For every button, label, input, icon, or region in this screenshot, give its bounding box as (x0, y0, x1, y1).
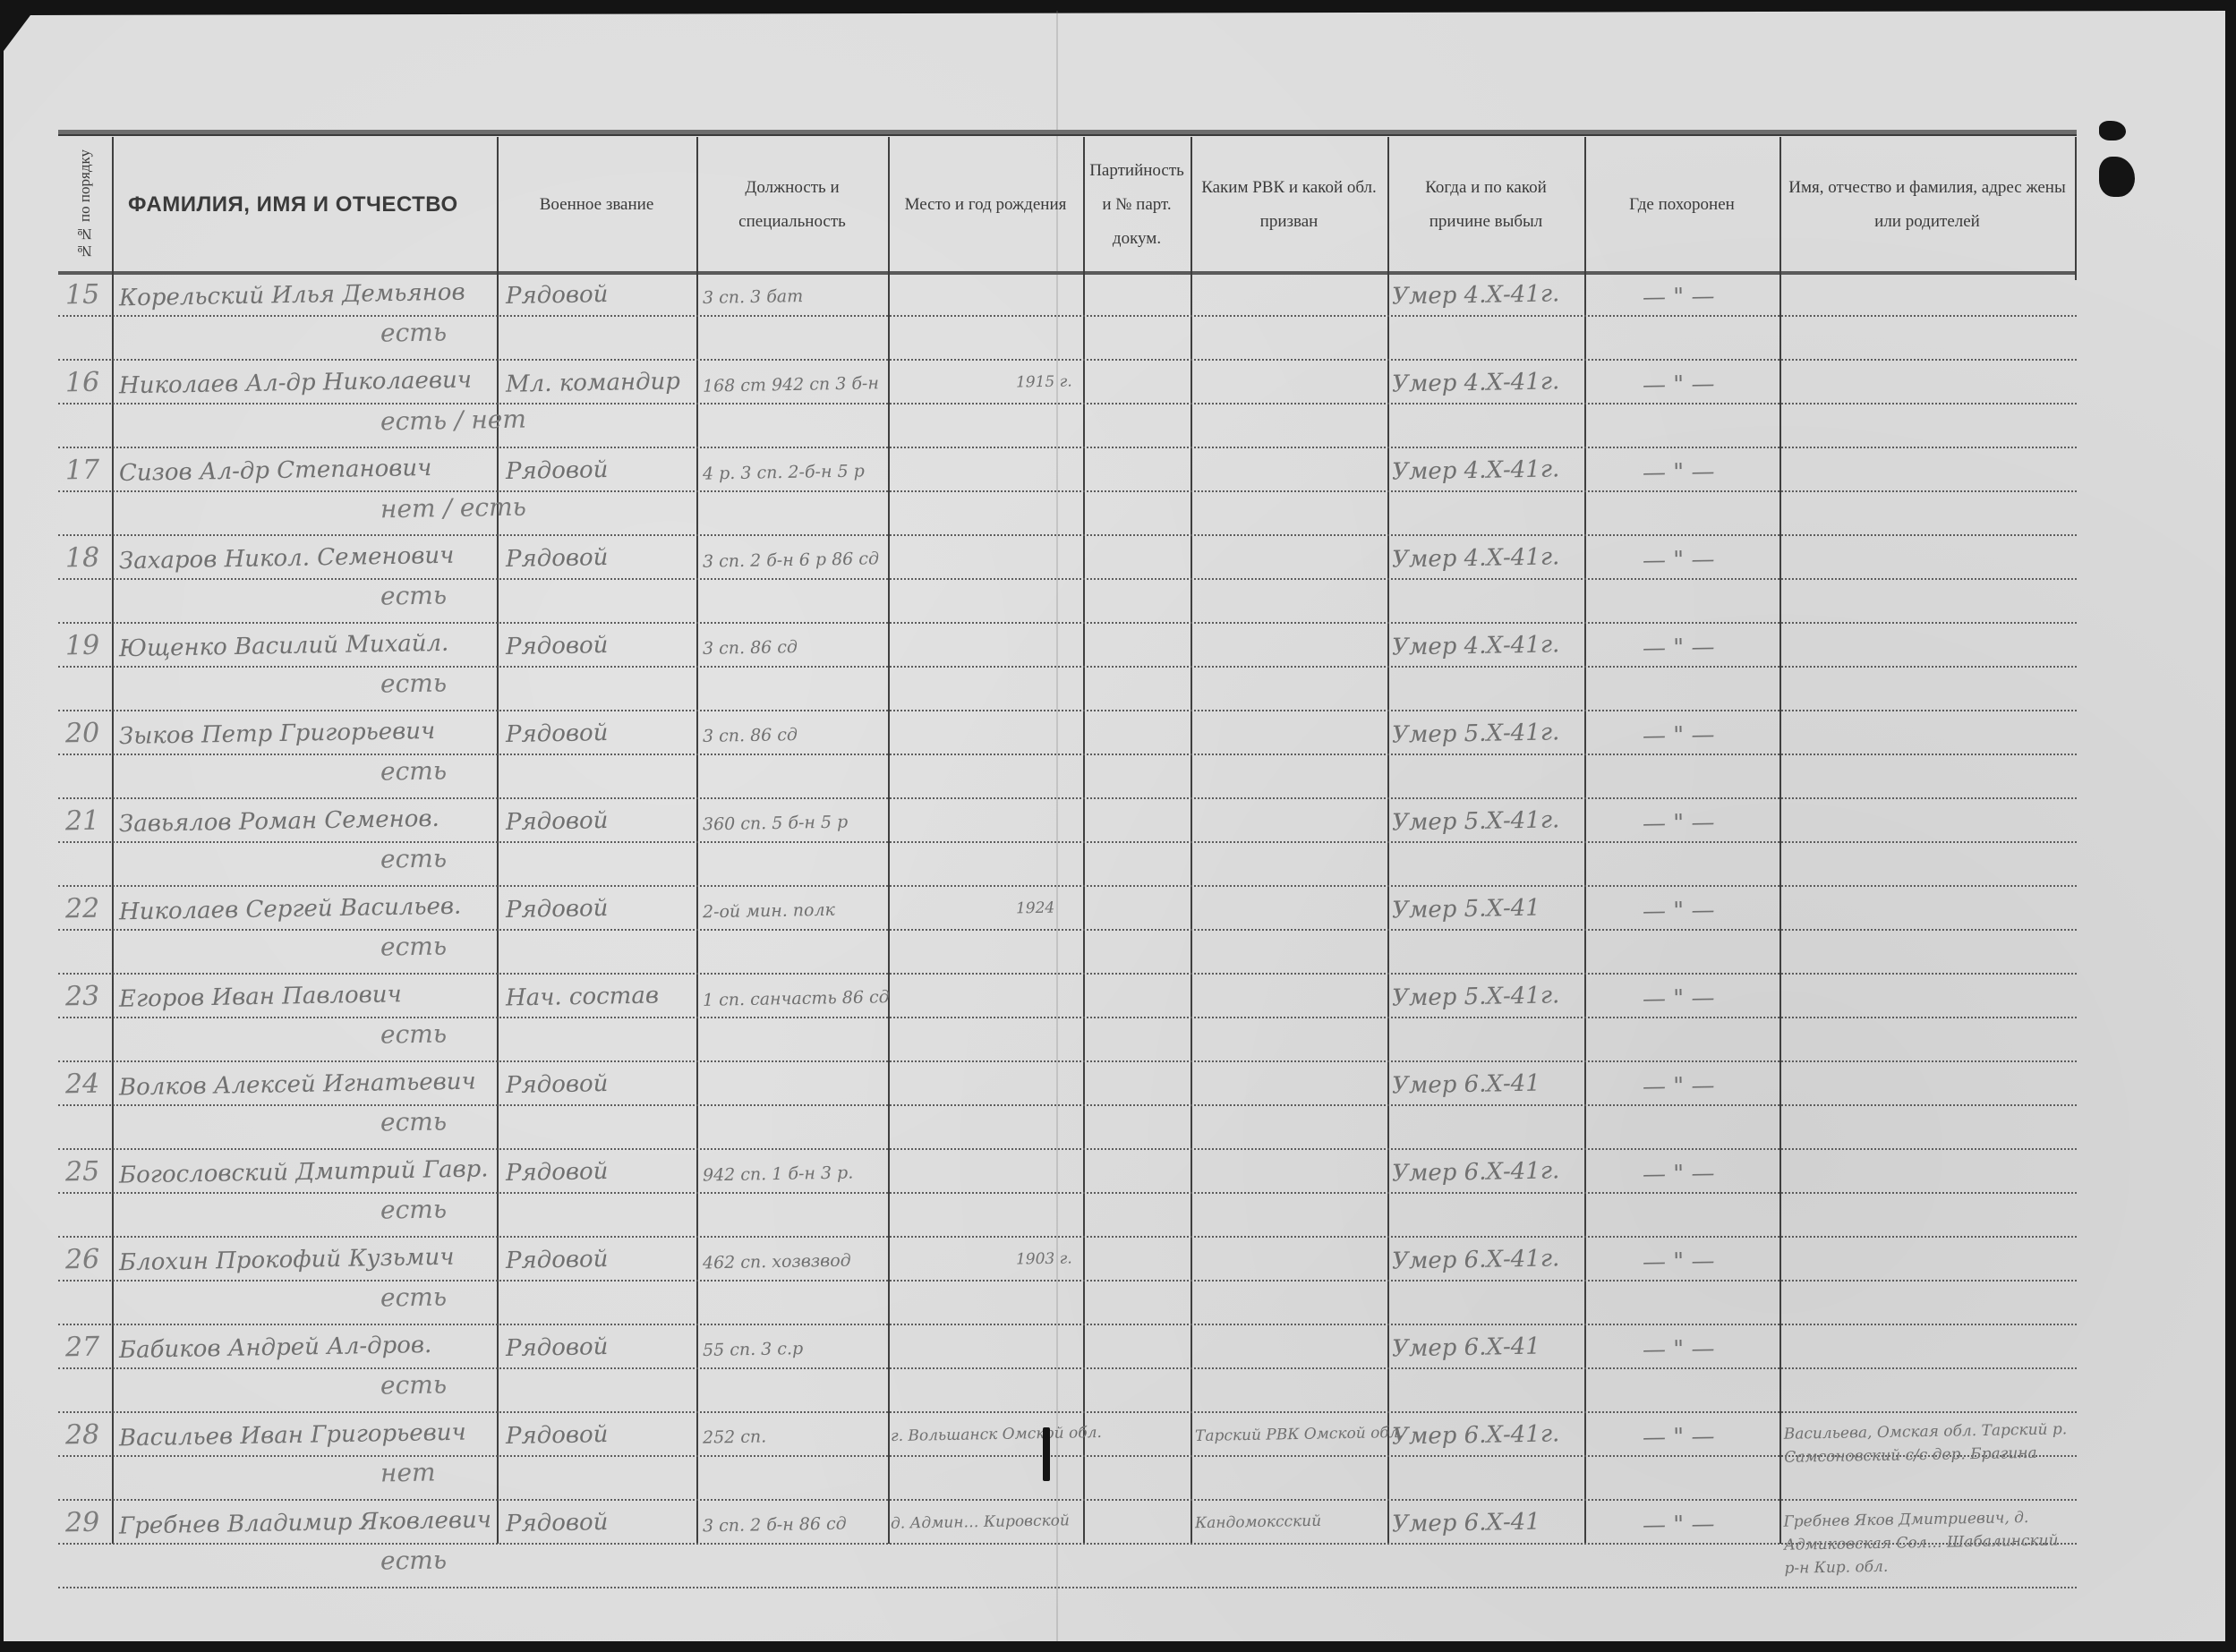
row-when: Умер 5.Х-41г. (1392, 982, 1560, 1011)
ruled-line (58, 1148, 2077, 1150)
row-when: Умер 4.Х-41г. (1392, 368, 1560, 397)
row-buried: — " — (1643, 1335, 1715, 1363)
row-name: Захаров Никол. Семенович (119, 542, 455, 575)
row-number: 15 (65, 279, 100, 311)
row-when: Умер 4.Х-41г. (1392, 456, 1560, 485)
row-number: 16 (65, 367, 100, 399)
ruled-line (58, 1587, 2077, 1588)
header-buried: Где похоронен (1584, 139, 1779, 271)
ruled-line (58, 534, 2077, 536)
ruled-line (58, 622, 2077, 624)
row-name: Корельский Илья Демьянов (119, 279, 465, 312)
row-position: 168 ст 942 сп 3 б-н (703, 373, 879, 396)
header-party: Партийность и № парт. докум. (1083, 139, 1191, 271)
row-name: Зыков Петр Григорьевич (119, 718, 436, 750)
row-name: Богословский Дмитрий Гавр. (119, 1155, 489, 1188)
row-mark: нет (380, 1457, 436, 1487)
row-when: Умер 4.Х-41г. (1392, 280, 1560, 310)
ruled-line (58, 1367, 2077, 1369)
ruled-line (58, 1324, 2077, 1325)
row-rank: Рядовой (506, 1509, 609, 1537)
row-rank: Рядовой (506, 720, 609, 748)
casualty-table: №№ по порядку ФАМИЛИЯ, ИМЯ И ОТЧЕСТВО Во… (58, 130, 2077, 1544)
header-position: Должность и специальность (696, 139, 888, 271)
row-mark: есть (380, 1106, 448, 1137)
row-number: 24 (65, 1069, 100, 1101)
row-position: 3 сп. 2 б-н 6 р 86 сд (703, 549, 879, 571)
row-when: Умер 4.Х-41г. (1392, 543, 1560, 573)
ruled-line (58, 1104, 2077, 1106)
row-mark: есть (380, 755, 448, 786)
header-number: №№ по порядку (58, 139, 112, 271)
row-when: Умер 6.Х-41 (1392, 1509, 1540, 1538)
paper-tear (2099, 121, 2126, 141)
row-when: Умер 6.Х-41г. (1392, 1245, 1560, 1274)
ruled-line (58, 754, 2077, 755)
row-rank: Рядовой (506, 456, 609, 485)
header-rank: Военное звание (497, 139, 696, 271)
row-rvk: Кандомоксский (1195, 1512, 1321, 1532)
ruled-line (58, 973, 2077, 975)
row-name: Сизов Ал-др Степанович (119, 455, 432, 487)
col-divider (1584, 137, 1586, 1544)
row-mark: есть (380, 580, 448, 610)
row-rank: Рядовой (506, 632, 609, 660)
row-rank: Рядовой (506, 1333, 609, 1362)
ruled-line (58, 841, 2077, 843)
ruled-line (58, 710, 2077, 711)
ruled-line (58, 1280, 2077, 1282)
row-rank: Рядовой (506, 1070, 609, 1099)
header-bottom-rule (58, 271, 2077, 275)
row-mark: есть (380, 1545, 448, 1575)
row-number: 28 (65, 1419, 100, 1452)
row-position: 3 сп. 86 сд (703, 725, 798, 746)
row-mark: есть (380, 1369, 448, 1400)
row-rank: Рядовой (506, 1158, 609, 1187)
ruled-line (58, 1411, 2077, 1413)
row-mark: есть (380, 668, 448, 698)
row-when: Умер 5.Х-41г. (1392, 719, 1560, 748)
row-position: 252 сп. (703, 1426, 767, 1447)
ruled-line (58, 447, 2077, 448)
ruled-line (58, 666, 2077, 668)
row-name: Волков Алексей Игнатьевич (119, 1069, 476, 1102)
row-rank: Рядовой (506, 807, 609, 836)
row-buried: — " — (1643, 370, 1715, 398)
row-buried: — " — (1643, 721, 1715, 749)
row-name: Николаев Сергей Васильев. (119, 893, 462, 926)
ruled-line (58, 490, 2077, 492)
row-mark: есть (380, 1282, 448, 1312)
row-rank: Рядовой (506, 281, 609, 310)
row-number: 21 (65, 805, 100, 838)
row-mark: есть (380, 1194, 448, 1224)
row-mark: есть (380, 1018, 448, 1049)
row-name: Бабиков Андрей Ал-дров. (119, 1332, 432, 1364)
row-number: 27 (65, 1332, 100, 1364)
row-number: 26 (65, 1244, 100, 1276)
row-buried: — " — (1643, 546, 1715, 574)
ruled-line (58, 1060, 2077, 1062)
ruled-line (58, 1499, 2077, 1501)
row-rvk: Тарский РВК Омской обл. (1195, 1424, 1404, 1445)
row-buried: — " — (1643, 458, 1715, 486)
ruled-line (58, 1543, 2077, 1545)
row-when: Умер 4.Х-41г. (1392, 631, 1560, 660)
ruled-line (58, 578, 2077, 580)
row-number: 19 (65, 630, 100, 662)
row-mark: нет / есть (380, 492, 526, 524)
ruled-line (58, 885, 2077, 887)
ruled-line (58, 403, 2077, 404)
row-when: Умер 5.Х-41 (1392, 895, 1540, 924)
row-rank: Рядовой (506, 895, 609, 924)
row-birth: 1903 г. (1016, 1249, 1072, 1268)
row-birth: г. Вольшанск Омской обл. (891, 1424, 1102, 1445)
header-relatives: Имя, отчество и фамилия, адрес жены или … (1779, 139, 2075, 271)
row-buried: — " — (1643, 984, 1715, 1012)
row-buried: — " — (1643, 634, 1715, 661)
row-buried: — " — (1643, 1423, 1715, 1451)
row-number: 17 (65, 455, 100, 487)
row-rank: Нач. состав (506, 983, 659, 1012)
ruled-line (58, 929, 2077, 931)
row-rank: Рядовой (506, 1246, 609, 1274)
row-buried: — " — (1643, 1160, 1715, 1188)
row-name: Николаев Ал-др Николаевич (119, 367, 472, 400)
ruled-line (58, 359, 2077, 361)
row-position: 360 сп. 5 б-н 5 р (703, 813, 849, 835)
row-buried: — " — (1643, 897, 1715, 924)
row-when: Умер 5.Х-41г. (1392, 806, 1560, 836)
row-mark: есть (380, 317, 448, 347)
row-birth: 1915 г. (1016, 372, 1072, 391)
col-divider (1083, 137, 1085, 1544)
row-buried: — " — (1643, 1511, 1715, 1538)
ruled-line (58, 1192, 2077, 1194)
row-position: 3 сп. 86 сд (703, 637, 798, 659)
row-position: 55 сп. 3 с.р (703, 1339, 804, 1360)
row-name: Егоров Иван Павлович (119, 981, 402, 1013)
row-name: Завьялов Роман Семенов. (119, 805, 440, 838)
row-buried: — " — (1643, 1072, 1715, 1100)
header-birth: Место и год рождения (888, 139, 1083, 271)
row-rank: Рядовой (506, 544, 609, 573)
paper-hole (2099, 157, 2135, 197)
row-birth: д. Админ… Кировской (891, 1511, 1070, 1532)
row-name: Васильев Иван Григорьевич (119, 1419, 466, 1452)
row-when: Умер 6.Х-41г. (1392, 1157, 1560, 1187)
col-divider (497, 137, 499, 1544)
row-position: 4 р. 3 сп. 2-б-н 5 р (703, 461, 865, 483)
row-number: 20 (65, 718, 100, 750)
paper-tear (1043, 1427, 1050, 1481)
row-name: Ющенко Василий Михайл. (119, 630, 449, 662)
row-rank: Мл. командир (506, 368, 680, 397)
ruled-line (58, 1455, 2077, 1457)
row-buried: — " — (1643, 283, 1715, 311)
row-position: 1 сп. санчасть 86 сд (703, 987, 890, 1010)
row-birth: 1924 (1016, 899, 1055, 918)
row-when: Умер 6.Х-41г. (1392, 1420, 1560, 1450)
row-number: 29 (65, 1507, 100, 1539)
ruled-line (58, 797, 2077, 799)
row-position: 2-ой мин. полк (703, 900, 835, 923)
col-divider (1779, 137, 1781, 1544)
row-when: Умер 6.Х-41 (1392, 1070, 1540, 1100)
col-divider (1387, 137, 1389, 1544)
ruled-line (58, 1017, 2077, 1018)
row-relatives: Васильева, Омская обл. Тарский р. Самсон… (1784, 1418, 2071, 1469)
row-name: Гребнев Владимир Яковлевич (119, 1506, 491, 1539)
row-relatives: Гребнев Яков Дмитриевич, д. Адмиковская … (1783, 1505, 2070, 1580)
row-name: Блохин Прокофий Кузьмич (119, 1244, 455, 1277)
row-buried: — " — (1643, 1248, 1715, 1275)
ruled-line (58, 1236, 2077, 1238)
col-divider (696, 137, 698, 1544)
table-top-rule (58, 130, 2077, 136)
col-divider (112, 137, 114, 1544)
row-rank: Рядовой (506, 1421, 609, 1450)
row-number: 25 (65, 1156, 100, 1188)
col-divider (1191, 137, 1192, 1544)
header-name: ФАМИЛИЯ, ИМЯ И ОТЧЕСТВО (112, 139, 497, 271)
row-when: Умер 6.Х-41 (1392, 1333, 1540, 1363)
col-divider (2075, 137, 2077, 280)
row-number: 22 (65, 893, 100, 925)
row-position: 462 сп. хозвзвод (703, 1251, 851, 1273)
row-number: 23 (65, 981, 100, 1013)
ruled-line (58, 315, 2077, 317)
row-mark: есть (380, 843, 448, 873)
col-divider (888, 137, 890, 1544)
row-mark: есть / нет (380, 404, 526, 437)
header-when: Когда и по какой причине выбыл (1387, 139, 1584, 271)
row-position: 3 сп. 3 бат (703, 286, 804, 308)
row-mark: есть (380, 931, 448, 961)
row-position: 3 сп. 2 б-н 86 сд (703, 1514, 847, 1537)
row-buried: — " — (1643, 809, 1715, 837)
header-rvk: Каким РВК и какой обл. призван (1191, 139, 1387, 271)
row-number: 18 (65, 542, 100, 575)
row-position: 942 сп. 1 б-н 3 р. (703, 1163, 854, 1186)
